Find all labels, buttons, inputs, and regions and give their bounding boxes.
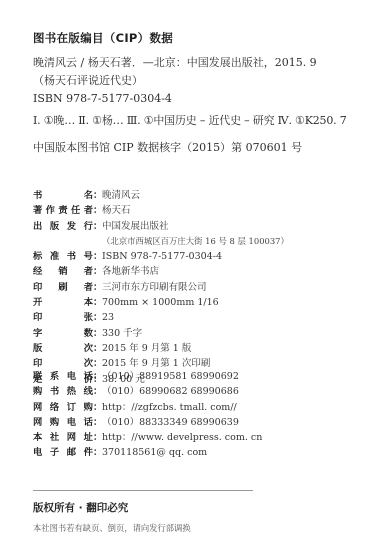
book-info-row: 书名：晚清风云 <box>33 188 289 203</box>
book-info-row: 开本：700mm × 1000mm 1/16 <box>33 295 289 310</box>
field-colon: ： <box>93 280 102 295</box>
field-value: 370118561@ qq. com <box>102 445 207 460</box>
book-info-row: 经销者：各地新华书店 <box>33 264 289 279</box>
contact-info-row: 网络订购：http：//zgfzcbs. tmall. com// <box>33 400 262 415</box>
field-label: 本社网址 <box>33 430 93 445</box>
field-value: （北京市西城区百万庄大街 16 号 8 层 100037） <box>102 234 289 249</box>
field-value: 各地新华书店 <box>102 264 159 279</box>
field-value: 2015 年 9 月第 1 版 <box>102 341 191 356</box>
cip-title: 图书在版编目（CIP）数据 <box>33 30 173 46</box>
contact-info-list: 联系电话：（010）88919581 68990692购书热线：（010）689… <box>33 369 262 461</box>
field-value: ISBN 978-7-5177-0304-4 <box>102 249 222 264</box>
field-label: 字数 <box>33 326 93 341</box>
field-value: 晚清风云 <box>102 188 140 203</box>
field-label: 印刷者 <box>33 280 93 295</box>
contact-info-row: 电子邮件：370118561@ qq. com <box>33 445 262 460</box>
field-value: 330 千字 <box>102 326 142 341</box>
field-colon <box>93 234 102 249</box>
book-info-list: 书名：晚清风云著作责任者：杨天石出版发行：中国发展出版社（北京市西城区百万庄大街… <box>33 188 289 387</box>
field-label: 著作责任者 <box>33 203 93 218</box>
field-value: 杨天石 <box>102 203 131 218</box>
field-colon: ： <box>93 249 102 264</box>
book-info-row: 版次：2015 年 9 月第 1 版 <box>33 341 289 356</box>
book-info-row: 标准书号：ISBN 978-7-5177-0304-4 <box>33 249 289 264</box>
field-colon: ： <box>93 219 102 234</box>
cip-line-isbn: ISBN 978-7-5177-0304-4 <box>33 90 317 108</box>
contact-info-row: 联系电话：（010）88919581 68990692 <box>33 369 262 384</box>
field-label: 电子邮件 <box>33 445 93 460</box>
field-value: 23 <box>102 310 114 325</box>
field-colon: ： <box>93 341 102 356</box>
field-label: 经销者 <box>33 264 93 279</box>
field-label <box>33 234 93 249</box>
field-value: http：//www. develpress. com. cn <box>102 430 262 445</box>
cip-record: 晚清风云 / 杨天石著．—北京：中国发展出版社，2015. 9 （杨天石评说近代… <box>33 54 317 108</box>
book-info-row: 印张：23 <box>33 310 289 325</box>
field-label: 书名 <box>33 188 93 203</box>
field-value: 三河市东方印刷有限公司 <box>102 280 207 295</box>
field-colon: ： <box>93 430 102 445</box>
field-label: 出版发行 <box>33 219 93 234</box>
field-label: 标准书号 <box>33 249 93 264</box>
field-value: 700mm × 1000mm 1/16 <box>102 295 219 310</box>
field-colon: ： <box>93 264 102 279</box>
field-label: 联系电话 <box>33 369 93 384</box>
field-colon: ： <box>93 188 102 203</box>
divider <box>33 490 253 491</box>
cip-classification: Ⅰ. ①晚… Ⅱ. ①杨… Ⅲ. ①中国历史 – 近代史 – 研究 Ⅳ. ①K2… <box>33 112 347 128</box>
exchange-notice: 本社图书若有缺页、倒页，请向发行部调换 <box>33 522 191 534</box>
book-info-row: 字数：330 千字 <box>33 326 289 341</box>
field-label: 版次 <box>33 341 93 356</box>
field-colon: ： <box>93 415 102 430</box>
field-value: （010）88919581 68990692 <box>102 369 239 384</box>
field-colon: ： <box>93 310 102 325</box>
field-label: 购书热线 <box>33 384 93 399</box>
field-value: （010）68990682 68990686 <box>102 384 239 399</box>
book-info-row: 出版发行：中国发展出版社 <box>33 219 289 234</box>
cip-line-title: 晚清风云 / 杨天石著．—北京：中国发展出版社，2015. 9 <box>33 54 317 72</box>
field-value: http：//zgfzcbs. tmall. com// <box>102 400 237 415</box>
field-label: 印张 <box>33 310 93 325</box>
field-colon: ： <box>93 295 102 310</box>
book-info-row: 著作责任者：杨天石 <box>33 203 289 218</box>
field-value: 中国发展出版社 <box>102 219 169 234</box>
cip-verification: 中国版本图书馆 CIP 数据核字（2015）第 070601 号 <box>33 139 302 155</box>
field-colon: ： <box>93 369 102 384</box>
field-colon: ： <box>93 326 102 341</box>
field-colon: ： <box>93 203 102 218</box>
field-label: 开本 <box>33 295 93 310</box>
field-colon: ： <box>93 384 102 399</box>
field-value: （010）88333349 68990639 <box>102 415 239 430</box>
book-info-row: （北京市西城区百万庄大街 16 号 8 层 100037） <box>33 234 289 249</box>
cip-line-series: （杨天石评说近代史） <box>33 72 317 90</box>
book-info-row: 印刷者：三河市东方印刷有限公司 <box>33 280 289 295</box>
field-label: 网购电话 <box>33 415 93 430</box>
field-label: 网络订购 <box>33 400 93 415</box>
contact-info-row: 购书热线：（010）68990682 68990686 <box>33 384 262 399</box>
copyright-notice: 版权所有 · 翻印必究 <box>33 500 128 515</box>
field-colon: ： <box>93 445 102 460</box>
contact-info-row: 网购电话：（010）88333349 68990639 <box>33 415 262 430</box>
field-colon: ： <box>93 400 102 415</box>
contact-info-row: 本社网址：http：//www. develpress. com. cn <box>33 430 262 445</box>
